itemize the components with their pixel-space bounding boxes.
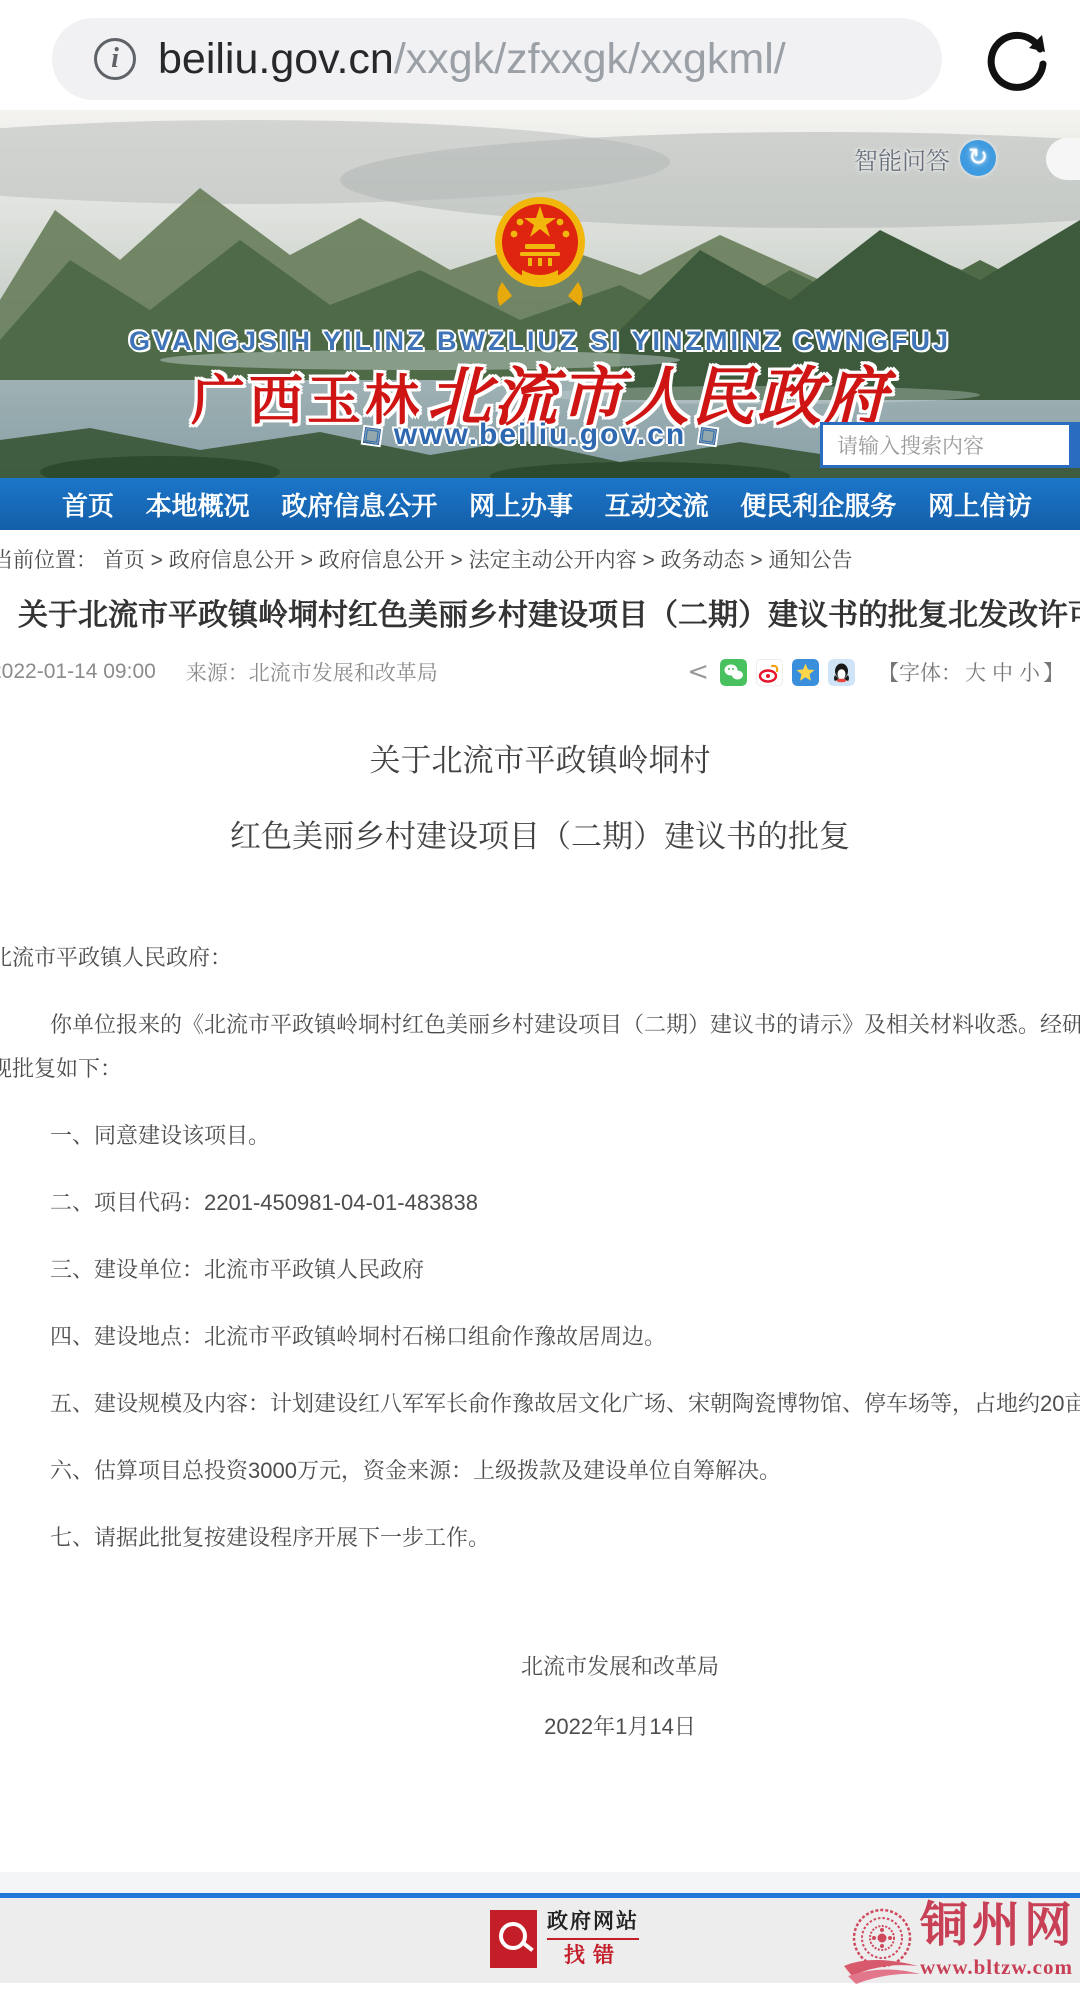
circular-arrows-icon: ↻ [960,140,996,176]
doc-item-5: 五、建设规模及内容：计划建设红八军军长俞作豫故居文化广场、宋朝陶瓷博物馆、停车场… [0,1382,1080,1426]
article-source: 来源：北流市发展和改革局 [186,657,438,687]
doc-salutation: 北流市平政镇人民政府： [0,936,1080,980]
doc-item-1: 一、同意建设该项目。 [0,1114,1080,1158]
footer-divider [0,1872,1080,1898]
magnifier-flag-icon [490,1910,537,1968]
error-report-label-bottom: 找错 [564,1943,622,1969]
nav-item-online-services[interactable]: 网上办事 [469,486,573,523]
page-footer: 政府网站 找错 铜州网 www.bltzw.com [0,1898,1080,1983]
fret-ornament-icon [699,427,717,445]
document-body: 关于北流市平政镇岭垌村 红色美丽乡村建设项目（二期）建议书的批复 北流市平政镇人… [0,738,1080,1872]
font-label-open: 【字体： [878,662,962,685]
doc-item-7: 七、请据此批复按建设程序开展下一步工作。 [0,1516,1080,1560]
url-host: beiliu.gov.cn [158,35,394,84]
search-box[interactable]: 请输入搜索内容 [820,422,1080,468]
nav-item-gov-info[interactable]: 政府信息公开 [281,486,437,523]
article-list-title: 关于北流市平政镇岭垌村红色美丽乡村建设项目（二期）建议书的批复北发改许可[202… [18,590,1080,634]
font-label-close: 】 [1043,662,1064,685]
banner-corner-button[interactable] [1046,138,1080,180]
weibo-icon[interactable] [756,659,783,686]
doc-item-6: 六、估算项目总投资3000万元，资金来源：上级拨款及建设单位自筹解决。 [0,1449,1080,1493]
nav-item-local-overview[interactable]: 本地概况 [146,486,250,523]
smart-qa-label: 智能问答 [854,141,950,176]
font-size-medium[interactable]: 中 [992,662,1013,685]
doc-item-3: 三、建设单位：北流市平政镇人民政府 [0,1248,1080,1292]
doc-item-2: 二、项目代码：2201-450981-04-01-483838 [0,1181,1080,1225]
qq-icon[interactable] [828,659,855,686]
article-meta: 2022-01-14 09:00 来源：北流市发展和改革局 < 【字体 [0,654,1080,690]
info-icon[interactable]: i [94,38,136,80]
doc-signature: 北流市发展和改革局 [0,1645,1080,1689]
watermark-url: www.bltzw.com [920,1955,1073,1980]
refresh-icon[interactable] [982,24,1054,96]
site-url: www.beiliu.gov.cn [394,418,686,451]
share-arrow-icon[interactable]: < [687,657,709,687]
round-seal-icon [842,1904,920,1986]
doc-intro-paragraph: 你单位报来的《北流市平政镇岭垌村红色美丽乡村建设项目（二期）建议书的请示》及相关… [0,1003,1080,1091]
doc-item-4: 四、建设地点：北流市平政镇岭垌村石梯口组俞作豫故居周边。 [0,1315,1080,1359]
wechat-icon[interactable] [720,659,747,686]
gov-site-error-report-button[interactable]: 政府网站 找错 [490,1909,639,1970]
doc-heading-line1: 关于北流市平政镇岭垌村 [0,738,1080,784]
nav-item-petition[interactable]: 网上信访 [928,486,1032,523]
search-button[interactable] [1069,425,1080,465]
error-report-label-top: 政府网站 [547,1909,639,1940]
publish-date: 2022-01-14 09:00 [0,660,156,684]
nav-item-convenience[interactable]: 便民利企服务 [740,486,896,523]
smart-qa-button[interactable]: 智能问答 ↻ [854,140,996,176]
fret-ornament-icon [363,427,381,445]
font-size-small[interactable]: 小 [1019,662,1040,685]
doc-heading-line2: 红色美丽乡村建设项目（二期）建议书的批复 [0,814,1080,860]
site-banner: 智能问答 ↻ GVANGJSIH YILINZ BWZLIUZ SI YINZM… [0,110,1080,478]
font-size-large[interactable]: 大 [965,662,986,685]
browser-bar: i beiliu.gov.cn/xxgk/zfxxgk/xxgkml/ [0,0,1080,110]
prc-national-emblem-icon [492,190,588,312]
nav-item-home[interactable]: 首页 [62,486,114,523]
watermark-title: 铜州网 [920,1900,1076,1953]
site-watermark: 铜州网 www.bltzw.com [842,1900,1076,1986]
address-bar[interactable]: i beiliu.gov.cn/xxgk/zfxxgk/xxgkml/ [52,18,942,100]
main-nav: 首页 本地概况 政府信息公开 网上办事 互动交流 便民利企服务 网上信访 [0,478,1080,530]
doc-sign-date: 2022年1月14日 [0,1705,1080,1749]
nav-item-interaction[interactable]: 互动交流 [605,486,709,523]
qzone-icon[interactable] [792,659,819,686]
search-input[interactable]: 请输入搜索内容 [837,430,984,460]
url-path: /xxgk/zfxxgk/xxgkml/ [394,35,786,84]
font-size-control: 【字体：大中小】 [878,657,1064,687]
breadcrumb[interactable]: 当前位置： 首页 > 政府信息公开 > 政府信息公开 > 法定主动公开内容 > … [0,544,1080,574]
